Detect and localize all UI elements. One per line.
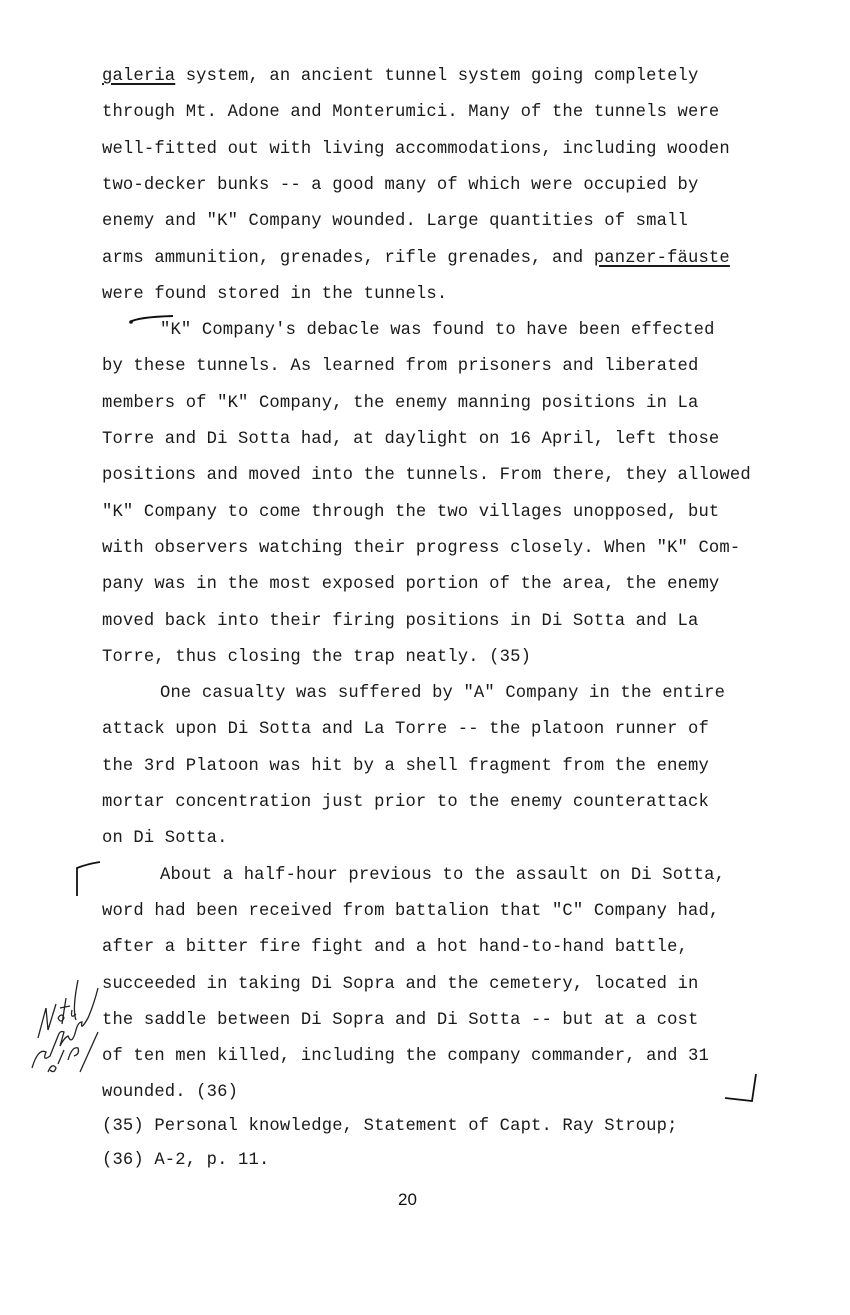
bracket-end-mark-icon	[722, 1068, 762, 1108]
text-line: two-decker bunks -- a good many of which…	[102, 176, 698, 196]
text-line: wounded. (36)	[102, 1083, 238, 1103]
text-run: About a half-hour previous to the assaul…	[160, 866, 725, 885]
text-line: on Di Sotta.	[102, 829, 228, 849]
underlined-term: panzer-fäuste	[594, 249, 730, 268]
underlined-term: galeria	[102, 67, 175, 86]
text-run: through Mt. Adone and Monterumici. Many …	[102, 103, 719, 122]
text-line: the 3rd Platoon was hit by a shell fragm…	[102, 757, 709, 777]
text-line: through Mt. Adone and Monterumici. Many …	[102, 103, 719, 123]
text-run: succeeded in taking Di Sopra and the cem…	[102, 975, 698, 994]
text-line: the saddle between Di Sopra and Di Sotta…	[102, 1011, 698, 1031]
text-run: mortar concentration just prior to the e…	[102, 793, 709, 812]
text-run: enemy and "K" Company wounded. Large qua…	[102, 212, 688, 231]
text-run: Torre and Di Sotta had, at daylight on 1…	[102, 430, 719, 449]
document-page: galeria system, an ancient tunnel system…	[0, 0, 850, 1315]
text-run: were found stored in the tunnels.	[102, 285, 447, 304]
text-line: pany was in the most exposed portion of …	[102, 575, 719, 595]
text-line: after a bitter fire fight and a hot hand…	[102, 938, 688, 958]
text-line: by these tunnels. As learned from prison…	[102, 357, 698, 377]
text-line: "K" Company's debacle was found to have …	[160, 321, 715, 341]
text-run: two-decker bunks -- a good many of which…	[102, 176, 698, 195]
text-run: members of "K" Company, the enemy mannin…	[102, 394, 698, 413]
text-line: galeria system, an ancient tunnel system…	[102, 67, 698, 87]
text-line: attack upon Di Sotta and La Torre -- the…	[102, 720, 709, 740]
text-run: arms ammunition, grenades, rifle grenade…	[102, 249, 594, 268]
text-run: Torre, thus closing the trap neatly. (35…	[102, 648, 531, 667]
text-run: positions and moved into the tunnels. Fr…	[102, 466, 751, 485]
text-line: "K" Company to come through the two vill…	[102, 503, 719, 523]
text-run: "K" Company to come through the two vill…	[102, 503, 719, 522]
text-line: mortar concentration just prior to the e…	[102, 793, 709, 813]
text-run: system, an ancient tunnel system going c…	[175, 67, 698, 86]
text-line: Torre and Di Sotta had, at daylight on 1…	[102, 430, 719, 450]
text-line: members of "K" Company, the enemy mannin…	[102, 394, 698, 414]
text-line: well-fitted out with living accommodatio…	[102, 140, 730, 160]
text-line: About a half-hour previous to the assaul…	[160, 866, 725, 886]
text-line: arms ammunition, grenades, rifle grenade…	[102, 249, 730, 269]
text-run: pany was in the most exposed portion of …	[102, 575, 719, 594]
text-line: word had been received from battalion th…	[102, 902, 719, 922]
text-run: by these tunnels. As learned from prison…	[102, 357, 698, 376]
text-run: the saddle between Di Sopra and Di Sotta…	[102, 1011, 698, 1030]
text-line: positions and moved into the tunnels. Fr…	[102, 466, 751, 486]
text-run: moved back into their firing positions i…	[102, 612, 698, 631]
text-run: the 3rd Platoon was hit by a shell fragm…	[102, 757, 709, 776]
text-run: with observers watching their progress c…	[102, 539, 740, 558]
text-run: word had been received from battalion th…	[102, 902, 719, 921]
page-number: 20	[398, 1190, 417, 1210]
text-line: moved back into their firing positions i…	[102, 612, 698, 632]
text-run: after a bitter fire fight and a hot hand…	[102, 938, 688, 957]
bracket-start-mark-icon	[72, 860, 112, 900]
text-run: well-fitted out with living accommodatio…	[102, 140, 730, 159]
footnote: (36) A-2, p. 11.	[102, 1151, 269, 1171]
text-run: One casualty was suffered by "A" Company…	[160, 684, 725, 703]
text-line: One casualty was suffered by "A" Company…	[160, 684, 725, 704]
text-run: "K" Company's debacle was found to have …	[160, 321, 715, 340]
text-run: attack upon Di Sotta and La Torre -- the…	[102, 720, 709, 739]
text-line: with observers watching their progress c…	[102, 539, 740, 559]
text-run: on Di Sotta.	[102, 829, 228, 848]
text-line: Torre, thus closing the trap neatly. (35…	[102, 648, 531, 668]
text-line: succeeded in taking Di Sopra and the cem…	[102, 975, 698, 995]
handwritten-note-icon	[18, 968, 118, 1078]
text-line: enemy and "K" Company wounded. Large qua…	[102, 212, 688, 232]
text-line: were found stored in the tunnels.	[102, 285, 447, 305]
text-run: of ten men killed, including the company…	[102, 1047, 709, 1066]
footnote: (35) Personal knowledge, Statement of Ca…	[102, 1117, 678, 1137]
text-line: of ten men killed, including the company…	[102, 1047, 709, 1067]
text-run: wounded. (36)	[102, 1083, 238, 1102]
